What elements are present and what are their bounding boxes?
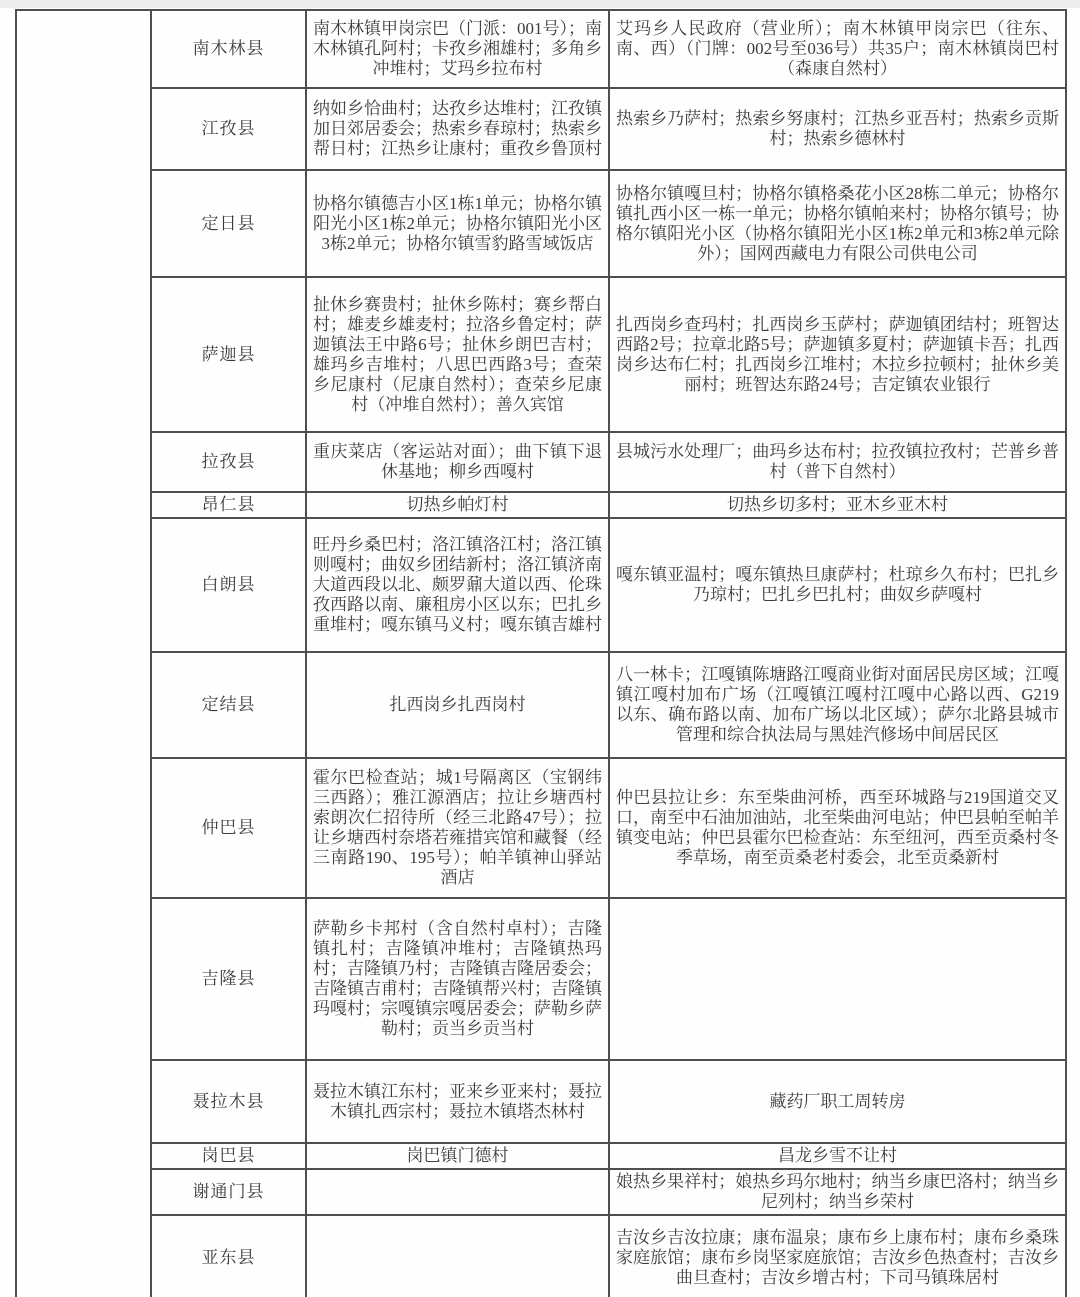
locations-table: 南木林县 南木林镇甲岗宗巴（门派：001号）；南木林镇孔阿村；卡孜乡湘雄村；多角… [15, 9, 1067, 1297]
table-row: 岗巴县 岗巴镇门德村 昌龙乡雪不让村 [16, 1143, 1066, 1169]
locations-a-cell: 扎西岗乡扎西岗村 [306, 652, 609, 758]
locations-a-cell: 扯休乡赛贵村；扯休乡陈村；赛乡帮白村；雄麦乡雄麦村；拉洛乡鲁定村；萨迦镇法王中路… [306, 277, 609, 432]
table-row: 拉孜县 重庆菜店（客运站对面）；曲下镇下退休基地；柳乡西嘎村 县城污水处理厂；曲… [16, 432, 1066, 492]
county-cell: 岗巴县 [151, 1143, 306, 1169]
county-cell: 昂仁县 [151, 492, 306, 518]
table-row: 萨迦县 扯休乡赛贵村；扯休乡陈村；赛乡帮白村；雄麦乡雄麦村；拉洛乡鲁定村；萨迦镇… [16, 277, 1066, 432]
locations-b-cell: 藏药厂职工周转房 [609, 1060, 1066, 1143]
document-page: 南木林县 南木林镇甲岗宗巴（门派：001号）；南木林镇孔阿村；卡孜乡湘雄村；多角… [0, 0, 1080, 1297]
locations-b-cell: 娘热乡果祥村；娘热乡玛尔地村；纳当乡康巴洛村；纳当乡尼列村；纳当乡荣村 [609, 1169, 1066, 1215]
county-cell: 仲巴县 [151, 758, 306, 898]
locations-b-cell: 艾玛乡人民政府（营业所）；南木林镇甲岗宗巴（往东、南、西）（门牌：002号至03… [609, 10, 1066, 88]
table-row: 南木林县 南木林镇甲岗宗巴（门派：001号）；南木林镇孔阿村；卡孜乡湘雄村；多角… [16, 10, 1066, 88]
locations-b-cell: 协格尔镇嘎旦村；协格尔镇格桑花小区28栋二单元；协格尔镇扎西小区一栋一单元；协格… [609, 170, 1066, 277]
county-cell: 江孜县 [151, 88, 306, 170]
table-row: 吉隆县 萨勒乡卡邦村（含自然村卓村）；吉隆镇扎村；吉隆镇冲堆村；吉隆镇热玛村；吉… [16, 898, 1066, 1060]
page-edge-strip [0, 0, 1080, 8]
table-row: 白朗县 旺丹乡桑巴村；洛江镇洛江村；洛江镇则嘎村；曲奴乡团结新村；洛江镇济南大道… [16, 518, 1066, 652]
locations-a-cell: 霍尔巴检查站；城1号隔离区（宝钢纬三西路）；雅江源酒店；拉让乡塘西村索朗次仁招待… [306, 758, 609, 898]
locations-a-cell: 南木林镇甲岗宗巴（门派：001号）；南木林镇孔阿村；卡孜乡湘雄村；多角乡冲堆村；… [306, 10, 609, 88]
locations-b-cell: 热索乡乃萨村；热索乡努康村；江热乡亚吾村；热索乡贡斯村；热索乡德林村 [609, 88, 1066, 170]
county-cell: 萨迦县 [151, 277, 306, 432]
locations-b-cell: 仲巴县拉让乡：东至柴曲河桥，西至环城路与219国道交叉口，南至中石油加油站，北至… [609, 758, 1066, 898]
locations-a-cell: 切热乡帕灯村 [306, 492, 609, 518]
table-row: 定结县 扎西岗乡扎西岗村 八一林卡；江嘎镇陈塘路江嘎商业街对面居民房区域；江嘎镇… [16, 652, 1066, 758]
county-cell: 聂拉木县 [151, 1060, 306, 1143]
county-cell: 南木林县 [151, 10, 306, 88]
locations-a-cell: 重庆菜店（客运站对面）；曲下镇下退休基地；柳乡西嘎村 [306, 432, 609, 492]
locations-a-cell: 萨勒乡卡邦村（含自然村卓村）；吉隆镇扎村；吉隆镇冲堆村；吉隆镇热玛村；吉隆镇乃村… [306, 898, 609, 1060]
locations-b-cell: 吉汝乡吉汝拉康；康布温泉；康布乡上康布村；康布乡桑珠家庭旅馆；康布乡岗坚家庭旅馆… [609, 1215, 1066, 1297]
locations-b-cell: 嘎东镇亚温村；嘎东镇热旦康萨村；杜琼乡久布村；巴扎乡乃琼村；巴扎乡巴扎村；曲奴乡… [609, 518, 1066, 652]
county-cell: 拉孜县 [151, 432, 306, 492]
table-row: 谢通门县 娘热乡果祥村；娘热乡玛尔地村；纳当乡康巴洛村；纳当乡尼列村；纳当乡荣村 [16, 1169, 1066, 1215]
table-row: 定日县 协格尔镇德吉小区1栋1单元；协格尔镇阳光小区1栋2单元；协格尔镇阳光小区… [16, 170, 1066, 277]
locations-a-cell: 聂拉木镇江东村；亚来乡亚来村；聂拉木镇扎西宗村；聂拉木镇塔杰林村 [306, 1060, 609, 1143]
locations-b-cell: 扎西岗乡查玛村；扎西岗乡玉萨村；萨迦镇团结村；班智达西路2号；拉章北路5号；萨迦… [609, 277, 1066, 432]
locations-a-cell: 岗巴镇门德村 [306, 1143, 609, 1169]
county-cell: 白朗县 [151, 518, 306, 652]
county-cell: 吉隆县 [151, 898, 306, 1060]
locations-a-cell [306, 1215, 609, 1297]
locations-b-cell: 县城污水处理厂；曲玛乡达布村；拉孜镇拉孜村；芒普乡普村（普下自然村） [609, 432, 1066, 492]
locations-b-cell: 切热乡切多村；亚木乡亚木村 [609, 492, 1066, 518]
locations-b-cell: 昌龙乡雪不让村 [609, 1143, 1066, 1169]
county-cell: 谢通门县 [151, 1169, 306, 1215]
table-row: 昂仁县 切热乡帕灯村 切热乡切多村；亚木乡亚木村 [16, 492, 1066, 518]
locations-a-cell: 旺丹乡桑巴村；洛江镇洛江村；洛江镇则嘎村；曲奴乡团结新村；洛江镇济南大道西段以北… [306, 518, 609, 652]
locations-b-cell [609, 898, 1066, 1060]
locations-a-cell [306, 1169, 609, 1215]
county-cell: 亚东县 [151, 1215, 306, 1297]
table-row: 聂拉木县 聂拉木镇江东村；亚来乡亚来村；聂拉木镇扎西宗村；聂拉木镇塔杰林村 藏药… [16, 1060, 1066, 1143]
table-row: 仲巴县 霍尔巴检查站；城1号隔离区（宝钢纬三西路）；雅江源酒店；拉让乡塘西村索朗… [16, 758, 1066, 898]
table-row: 江孜县 纳如乡恰曲村；达孜乡达堆村；江孜镇加日郊居委会；热索乡春琼村；热索乡帮日… [16, 88, 1066, 170]
county-cell: 定结县 [151, 652, 306, 758]
merged-empty-cell [16, 10, 151, 1297]
locations-b-cell: 八一林卡；江嘎镇陈塘路江嘎商业街对面居民房区域；江嘎镇江嘎村加布广场（江嘎镇江嘎… [609, 652, 1066, 758]
locations-a-cell: 纳如乡恰曲村；达孜乡达堆村；江孜镇加日郊居委会；热索乡春琼村；热索乡帮日村；江热… [306, 88, 609, 170]
county-cell: 定日县 [151, 170, 306, 277]
locations-a-cell: 协格尔镇德吉小区1栋1单元；协格尔镇阳光小区1栋2单元；协格尔镇阳光小区3栋2单… [306, 170, 609, 277]
table-row: 亚东县 吉汝乡吉汝拉康；康布温泉；康布乡上康布村；康布乡桑珠家庭旅馆；康布乡岗坚… [16, 1215, 1066, 1297]
